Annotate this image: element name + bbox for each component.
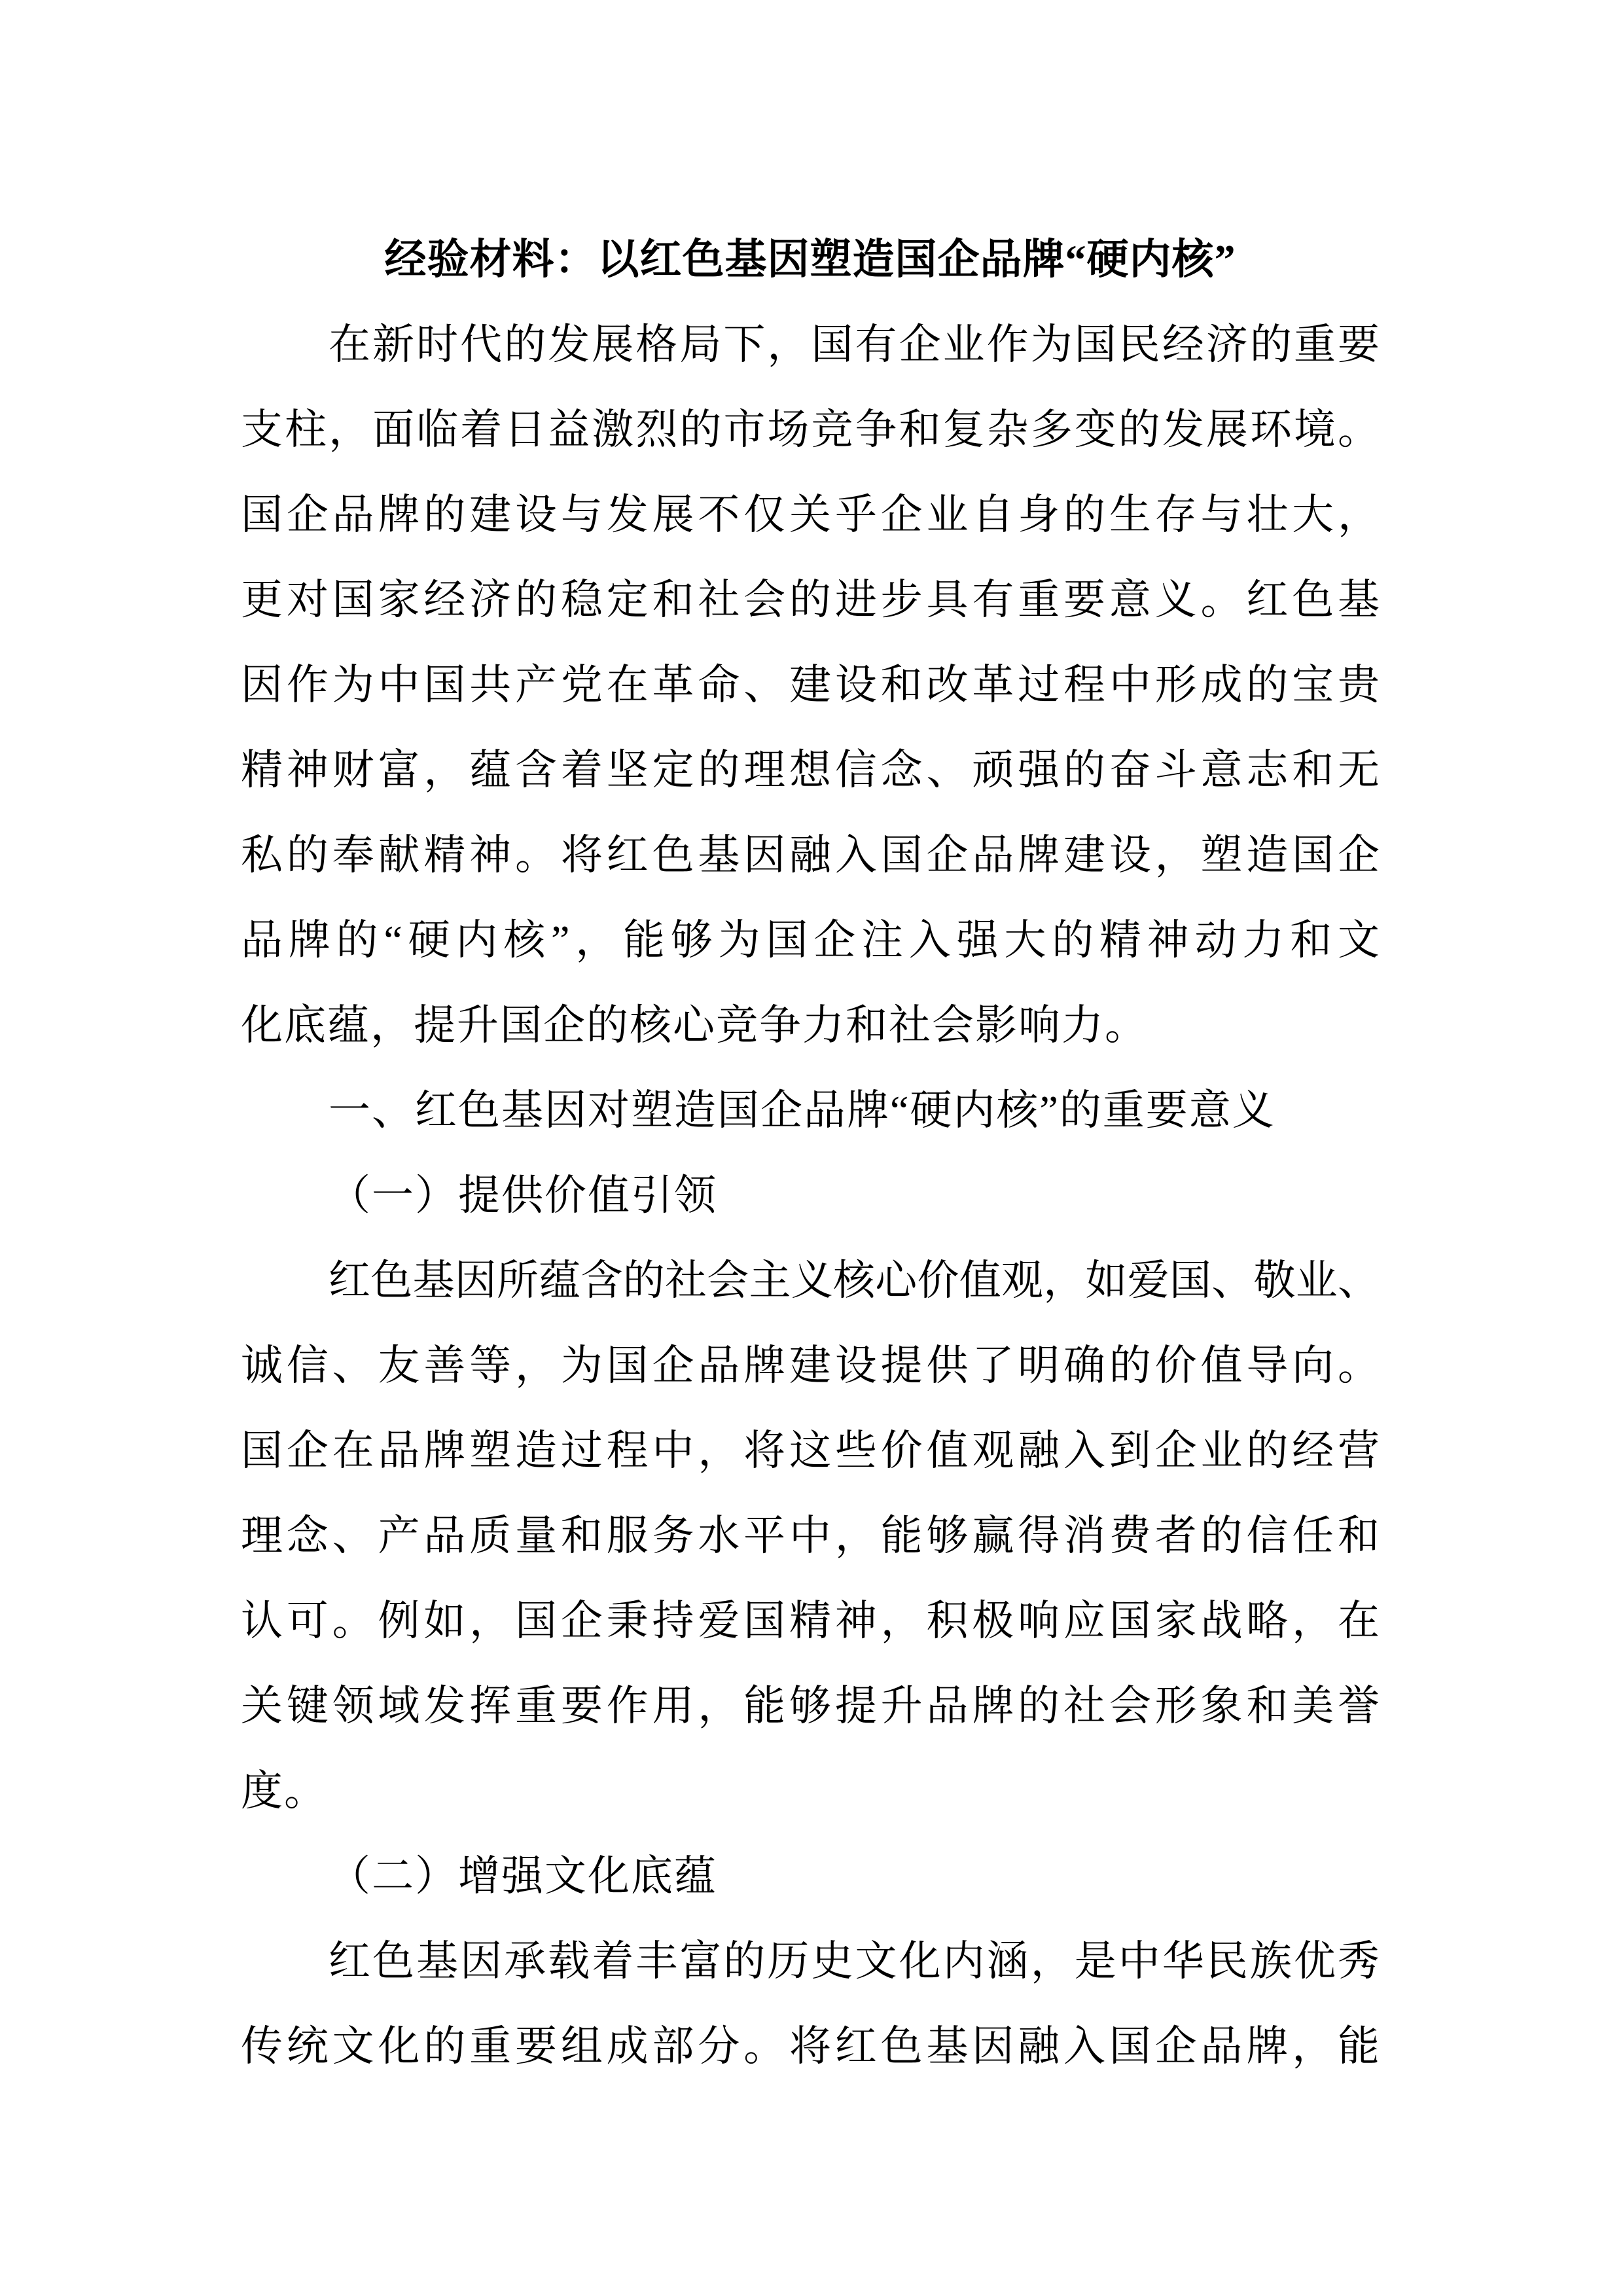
body-line: 国企在品牌塑造过程中，将这些价值观融入到企业的经营 (241, 1408, 1380, 1494)
body-line: 精神财富，蕴含着坚定的理想信念、顽强的奋斗意志和无 (241, 728, 1380, 813)
body-line: 在新时代的发展格局下，国有企业作为国民经济的重要 (241, 302, 1380, 387)
body-line: 私的奉献精神。将红色基因融入国企品牌建设，塑造国企 (241, 813, 1380, 898)
body-line: 度。 (241, 1749, 1380, 1834)
subsection-heading: （二）增强文化底蕴 (241, 1834, 1380, 1919)
section-heading: 一、红色基因对塑造国企品牌“硬内核”的重要意义 (241, 1068, 1380, 1153)
body-line: 关键领域发挥重要作用，能够提升品牌的社会形象和美誉 (241, 1664, 1380, 1749)
body-line: 认可。例如，国企秉持爱国精神，积极响应国家战略，在 (241, 1579, 1380, 1664)
body-line: 更对国家经济的稳定和社会的进步具有重要意义。红色基 (241, 558, 1380, 643)
document-title: 经验材料：以红色基因塑造国企品牌“硬内核” (241, 217, 1380, 302)
body-line: 红色基因承载着丰富的历史文化内涵，是中华民族优秀 (241, 1919, 1380, 2004)
body-line: 理念、产品质量和服务水平中，能够赢得消费者的信任和 (241, 1494, 1380, 1579)
body-line: 因作为中国共产党在革命、建设和改革过程中形成的宝贵 (241, 643, 1380, 728)
body-line: 化底蕴，提升国企的核心竞争力和社会影响力。 (241, 983, 1380, 1068)
body-line: 支柱，面临着日益激烈的市场竞争和复杂多变的发展环境。 (241, 387, 1380, 473)
subsection-heading: （一）提供价值引领 (241, 1153, 1380, 1238)
body-line: 红色基因所蕴含的社会主义核心价值观，如爱国、敬业、 (241, 1238, 1380, 1323)
body-line: 传统文化的重要组成部分。将红色基因融入国企品牌，能 (241, 2004, 1380, 2089)
body-line: 品牌的“硬内核”，能够为国企注入强大的精神动力和文 (241, 898, 1380, 983)
body-line: 国企品牌的建设与发展不仅关乎企业自身的生存与壮大， (241, 473, 1380, 558)
body-line: 诚信、友善等，为国企品牌建设提供了明确的价值导向。 (241, 1323, 1380, 1408)
document-page: 经验材料：以红色基因塑造国企品牌“硬内核” 在新时代的发展格局下，国有企业作为国… (0, 0, 1623, 2296)
